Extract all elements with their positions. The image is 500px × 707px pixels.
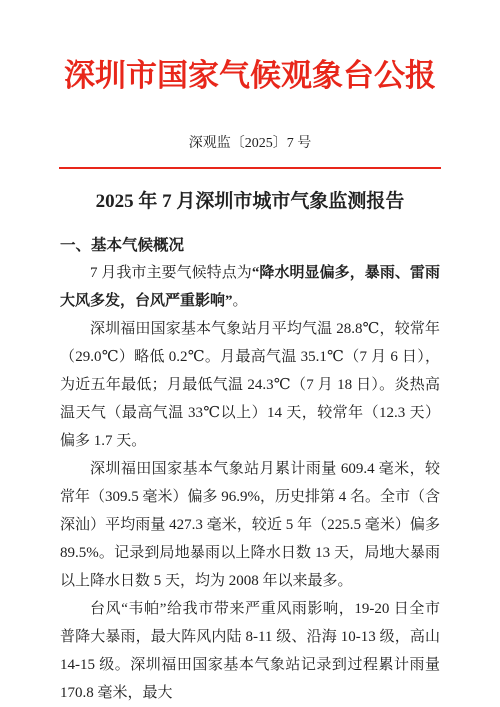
red-divider-line <box>59 167 441 169</box>
paragraph: 台风“韦帕”给我市带来严重风雨影响，19-20 日全市普降大暴雨，最大阵风内陆 … <box>60 595 440 707</box>
paragraph: 7 月我市主要气候特点为“降水明显偏多，暴雨、雷雨大风多发，台风严重影响”。 <box>60 259 440 315</box>
paragraph-run: 7 月我市主要气候特点为 <box>90 265 252 281</box>
paragraph: 深圳福田国家基本气象站月平均气温 28.8℃，较常年（29.0℃）略低 0.2℃… <box>60 315 440 455</box>
paragraph-run: 台风“韦帕”给我市带来严重风雨影响，19-20 日全市普降大暴雨，最大阵风内陆 … <box>60 601 440 701</box>
document-number: 深观监〔2025〕7 号 <box>0 135 500 153</box>
document-page: 深圳市国家气候观象台公报 深观监〔2025〕7 号 2025 年 7 月深圳市城… <box>0 0 500 707</box>
report-title: 2025 年 7 月深圳市城市气象监测报告 <box>0 189 500 215</box>
section-heading: 一、基本气候概况 <box>60 235 440 257</box>
body-paragraphs: 7 月我市主要气候特点为“降水明显偏多，暴雨、雷雨大风多发，台风严重影响”。深圳… <box>60 259 440 707</box>
paragraph-run: 深圳福田国家基本气象站月平均气温 28.8℃，较常年（29.0℃）略低 0.2℃… <box>60 321 440 449</box>
report-body: 一、基本气候概况 7 月我市主要气候特点为“降水明显偏多，暴雨、雷雨大风多发，台… <box>60 235 440 707</box>
bulletin-masthead-title: 深圳市国家气候观象台公报 <box>0 57 500 95</box>
paragraph-run: 深圳福田国家基本气象站月累计雨量 609.4 毫米，较常年（309.5 毫米）偏… <box>60 461 440 589</box>
paragraph-run: 。 <box>233 293 248 309</box>
paragraph: 深圳福田国家基本气象站月累计雨量 609.4 毫米，较常年（309.5 毫米）偏… <box>60 455 440 595</box>
